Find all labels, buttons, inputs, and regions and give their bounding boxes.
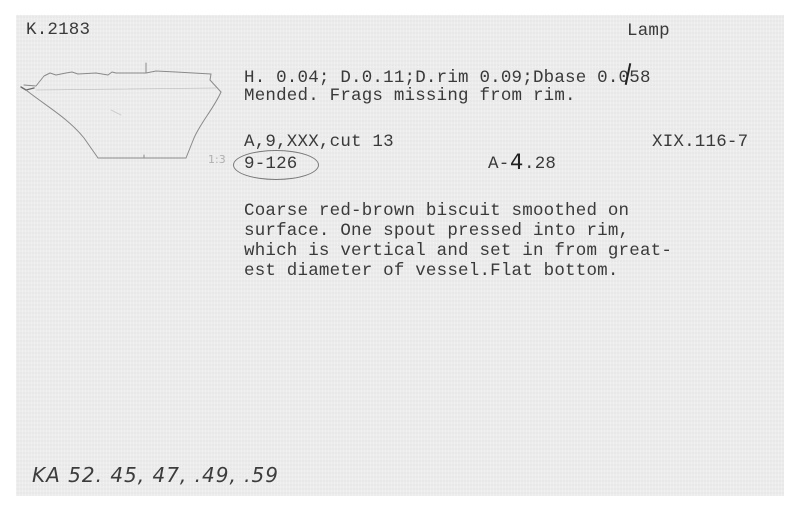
description-line: est diameter of vessel.Flat bottom. [244, 261, 672, 281]
handwritten-footer-reference: KA 52. 45, 47, .49, .59 [32, 463, 279, 487]
circled-number: 9-126 [244, 155, 298, 173]
description-block: Coarse red-brown biscuit smoothed onsurf… [244, 201, 672, 281]
dimensions-line: H. 0.04; D.0.11;D.rim 0.09;Dbase 0.058 [244, 69, 651, 87]
description-line: surface. One spout pressed into rim, [244, 221, 672, 241]
inventory-suffix: .28 [524, 155, 556, 173]
catalog-number: K.2183 [26, 21, 90, 39]
notebook-reference: XIX.116-7 [652, 133, 748, 151]
inventory-prefix: A- [488, 155, 509, 173]
object-type: Lamp [627, 22, 670, 40]
description-line: Coarse red-brown biscuit smoothed on [244, 201, 672, 221]
description-line: which is vertical and set in from great- [244, 241, 672, 261]
inventory-handwritten-digit: 4 [510, 150, 523, 174]
scale-note: 1:3 [208, 153, 226, 166]
lamp-profile-drawing [16, 60, 236, 160]
excavation-context: A,9,XXX,cut 13 [244, 133, 394, 151]
condition-line: Mended. Frags missing from rim. [244, 87, 576, 105]
